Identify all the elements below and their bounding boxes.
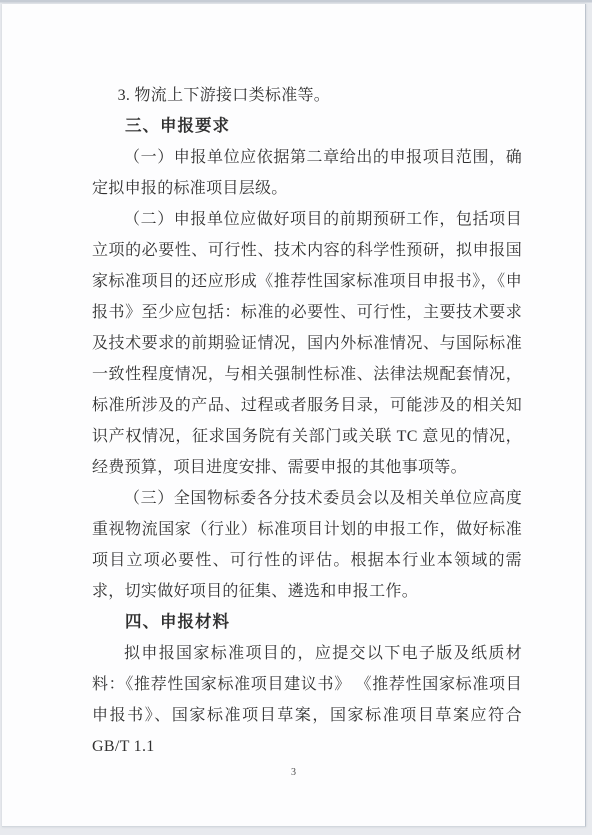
section-heading: 四、申报材料 xyxy=(92,607,522,638)
list-item: 3. 物流上下游接口类标准等。 xyxy=(92,80,522,111)
document-page: 3. 物流上下游接口类标准等。三、申报要求（一）申报单位应依据第二章给出的申报项… xyxy=(2,4,586,827)
section-heading: 三、申报要求 xyxy=(92,111,522,142)
paragraph: （二）申报单位应做好项目的前期预研工作，包括项目立项的必要性、可行性、技术内容的… xyxy=(92,204,522,483)
paragraph: （三）全国物标委各分技术委员会以及相关单位应高度重视物流国家（行业）标准项目计划… xyxy=(92,483,522,607)
page-number: 3 xyxy=(2,767,585,778)
paragraph: （一）申报单位应依据第二章给出的申报项目范围，确定拟申报的标准项目层级。 xyxy=(92,142,522,204)
document-body: 3. 物流上下游接口类标准等。三、申报要求（一）申报单位应依据第二章给出的申报项… xyxy=(2,4,585,762)
paragraph: 拟申报国家标准项目的，应提交以下电子版及纸质材料：《推荐性国家标准项目建议书》 … xyxy=(92,638,522,762)
scan-background: 3. 物流上下游接口类标准等。三、申报要求（一）申报单位应依据第二章给出的申报项… xyxy=(0,0,592,835)
